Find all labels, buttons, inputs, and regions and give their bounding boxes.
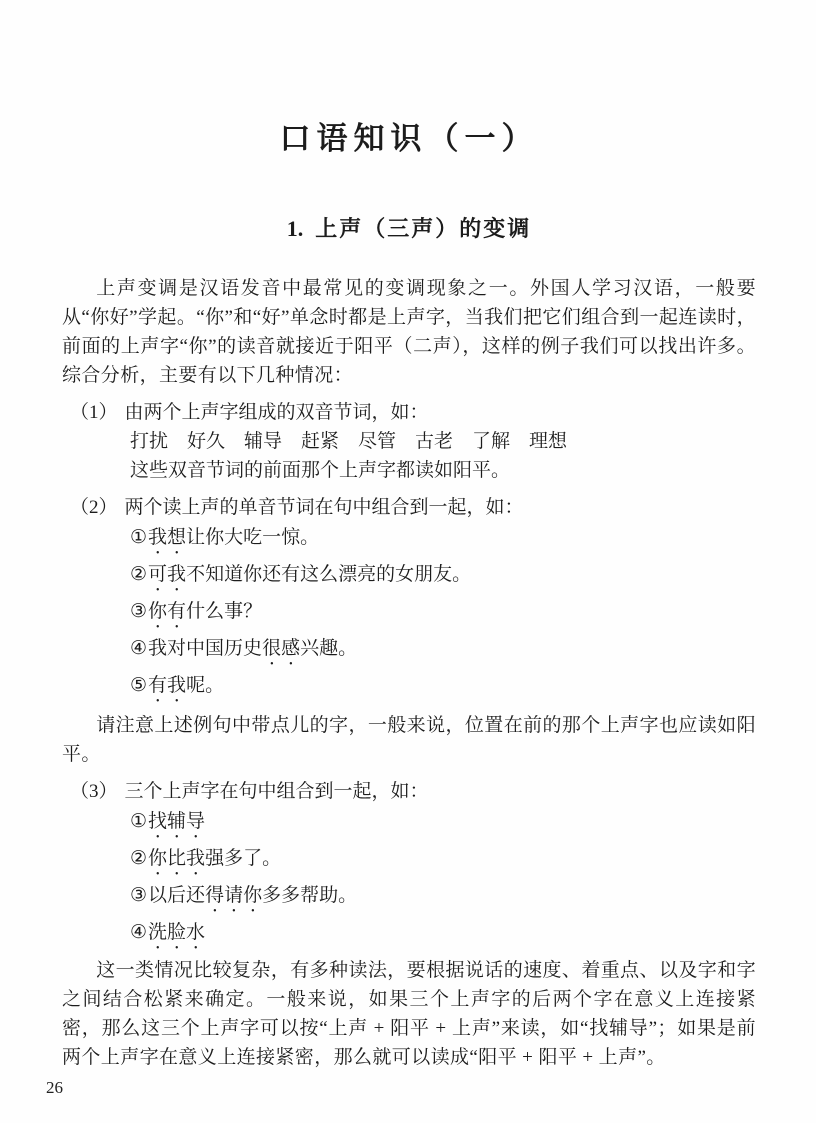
example-item: ④我对中国历史很感兴趣。 bbox=[62, 633, 756, 670]
case-2-label: （2） bbox=[70, 497, 118, 518]
example-text-pre: 我对中国历史 bbox=[148, 638, 262, 659]
case-3-heading-line: （3）三个上声字在句中组合到一起，如： bbox=[62, 777, 756, 806]
case-2-heading: 两个读上声的单音节词在句中组合到一起，如： bbox=[125, 497, 524, 518]
example-item: ④洗脸水 bbox=[62, 917, 756, 954]
section-number: 1. bbox=[287, 216, 304, 241]
word-list: 打扰 好久 辅导 赶紧 尽管 古老 了解 理想 bbox=[62, 427, 756, 456]
emphasized-text: 你有 bbox=[148, 601, 186, 622]
example-text-post: 多多帮助。 bbox=[262, 885, 357, 906]
case-3-heading: 三个上声字在句中组合到一起，如： bbox=[125, 781, 429, 802]
emphasized-text: 可我 bbox=[148, 564, 186, 585]
page-content: 口语知识（一） 1.上声（三声）的变调 上声变调是汉语发音中最常见的变调现象之一… bbox=[62, 0, 756, 1072]
case-2-heading-line: （2）两个读上声的单音节词在句中组合到一起，如： bbox=[62, 493, 756, 522]
example-item: ①找辅导 bbox=[62, 806, 756, 843]
case-1-label: （1） bbox=[70, 402, 118, 423]
example-item: ①我想让你大吃一惊。 bbox=[62, 522, 756, 559]
emphasized-text: 有我 bbox=[148, 675, 186, 696]
section-heading: 1.上声（三声）的变调 bbox=[62, 214, 756, 244]
example-item: ②可我不知道你还有这么漂亮的女朋友。 bbox=[62, 559, 756, 596]
page-title: 口语知识（一） bbox=[62, 118, 756, 160]
example-item: ③你有什么事？ bbox=[62, 596, 756, 633]
example-number: ② bbox=[130, 564, 147, 585]
example-number: ③ bbox=[130, 601, 147, 622]
case-3-block: （3）三个上声字在句中组合到一起，如： ①找辅导 ②你比我强多了。 ③以后还得请… bbox=[62, 777, 756, 954]
example-number: ④ bbox=[130, 638, 147, 659]
example-number: ① bbox=[130, 811, 147, 832]
case-1-block: （1）由两个上声字组成的双音节词，如： 打扰 好久 辅导 赶紧 尽管 古老 了解… bbox=[62, 398, 756, 485]
case-3-label: （3） bbox=[70, 781, 118, 802]
case-1-heading: 由两个上声字组成的双音节词，如： bbox=[125, 402, 429, 423]
example-text-post: 兴趣。 bbox=[300, 638, 357, 659]
section-title: 上声（三声）的变调 bbox=[315, 216, 531, 241]
example-number: ⑤ bbox=[130, 675, 147, 696]
example-number: ③ bbox=[130, 885, 147, 906]
example-number: ② bbox=[130, 848, 147, 869]
example-number: ④ bbox=[130, 922, 147, 943]
example-item: ⑤有我呢。 bbox=[62, 670, 756, 707]
emphasized-text: 得请你 bbox=[205, 885, 262, 906]
example-number: ① bbox=[130, 527, 147, 548]
note-paragraph: 请注意上述例句中带点儿的字，一般来说，位置在前的那个上声字也应读如阳平。 bbox=[62, 711, 756, 769]
emphasized-text: 很感 bbox=[262, 638, 300, 659]
intro-paragraph: 上声变调是汉语发音中最常见的变调现象之一。外国人学习汉语，一般要从“你好”学起。… bbox=[62, 274, 756, 390]
case-2-block: （2）两个读上声的单音节词在句中组合到一起，如： ①我想让你大吃一惊。 ②可我不… bbox=[62, 493, 756, 707]
example-text-post: 强多了。 bbox=[205, 848, 281, 869]
example-text-post: 什么事？ bbox=[186, 601, 262, 622]
case-1-note: 这些双音节词的前面那个上声字都读如阳平。 bbox=[62, 456, 756, 485]
emphasized-text: 我想 bbox=[148, 527, 186, 548]
example-text-post: 不知道你还有这么漂亮的女朋友。 bbox=[186, 564, 471, 585]
example-text-post: 呢。 bbox=[186, 675, 224, 696]
emphasized-text: 你比我 bbox=[148, 848, 205, 869]
closing-paragraph: 这一类情况比较复杂，有多种读法，要根据说话的速度、着重点、以及字和字之间结合松紧… bbox=[62, 956, 756, 1072]
example-item: ②你比我强多了。 bbox=[62, 843, 756, 880]
emphasized-text: 找辅导 bbox=[148, 811, 205, 832]
case-1-heading-line: （1）由两个上声字组成的双音节词，如： bbox=[62, 398, 756, 427]
page-number: 26 bbox=[46, 1078, 63, 1098]
textbook-page: 口语知识（一） 1.上声（三声）的变调 上声变调是汉语发音中最常见的变调现象之一… bbox=[0, 0, 816, 1123]
example-text-pre: 以后还 bbox=[148, 885, 205, 906]
example-text-post: 让你大吃一惊。 bbox=[186, 527, 319, 548]
emphasized-text: 洗脸水 bbox=[148, 922, 205, 943]
example-item: ③以后还得请你多多帮助。 bbox=[62, 880, 756, 917]
